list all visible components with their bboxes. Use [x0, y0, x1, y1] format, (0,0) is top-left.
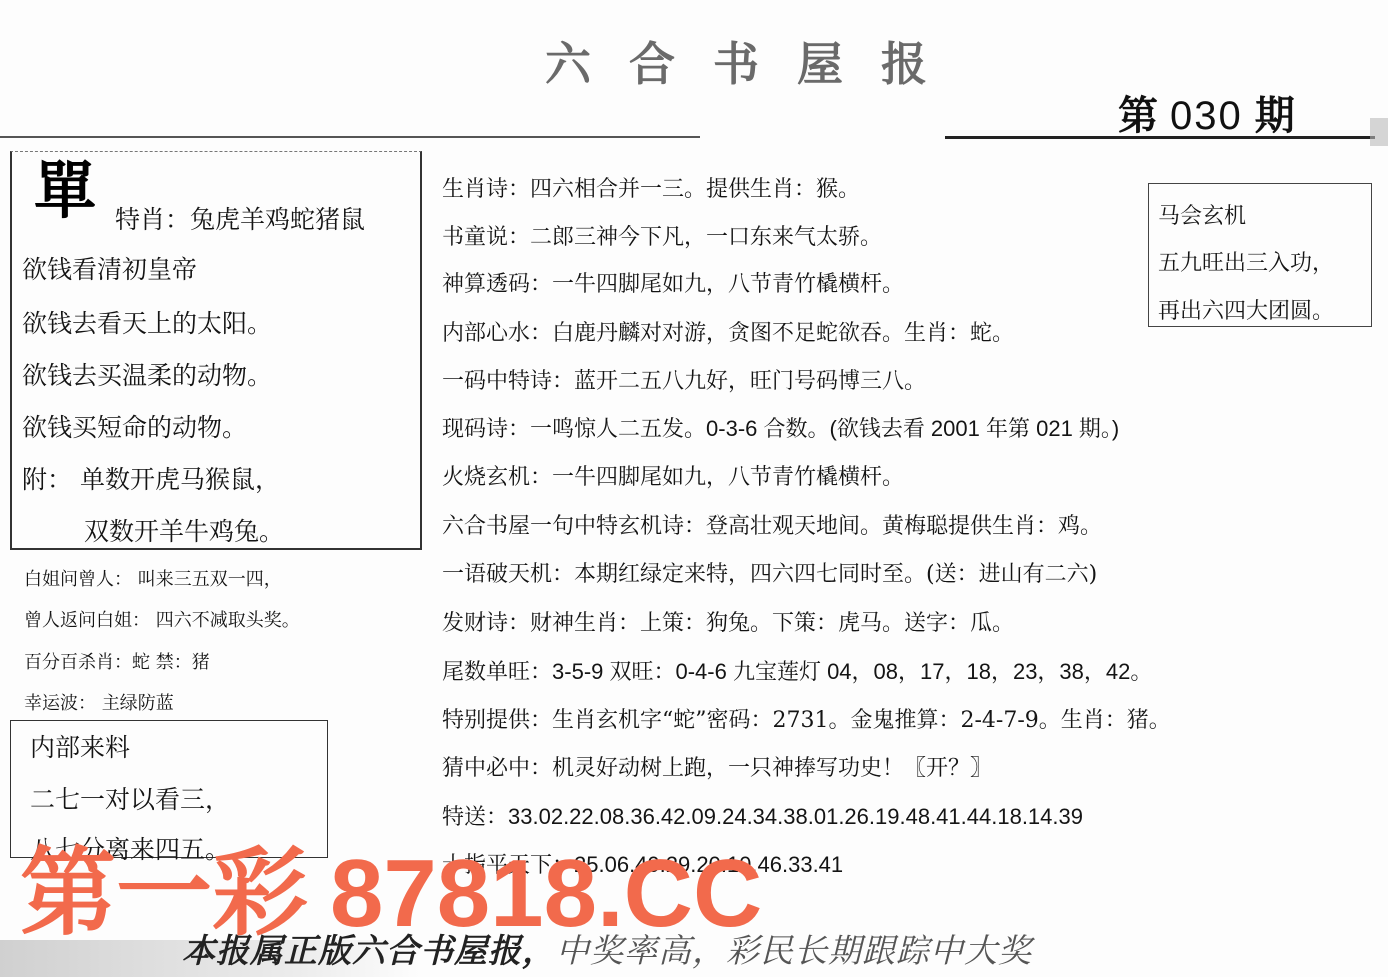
watermark-domain: 87818.CC: [330, 840, 762, 947]
line-label: 一语破天机：: [442, 562, 574, 587]
line-label: 一码中特诗：: [442, 369, 574, 394]
issue-number-value: 030: [1170, 94, 1243, 138]
special-zodiac-value: 兔虎羊鸡蛇猪鼠: [190, 205, 365, 234]
watermark-cjk: 第一彩: [20, 837, 308, 949]
line-label: 现码诗：: [442, 417, 530, 442]
issue-prefix: 第: [1118, 92, 1158, 139]
line-text: 本期红绿定来特，四六四七同时至。(送：进山有二六): [574, 562, 1097, 587]
appendix-line-odd: 附： 单数开虎马猴鼠，: [22, 460, 280, 496]
line-label: 尾数单旺：: [442, 660, 552, 685]
line-text: 3-5-9 双旺：0-4-6 九宝莲灯 04，08，17，18，23，38，42…: [552, 659, 1152, 684]
bookhouse-poem-line: 六合书屋一句中特玄机诗：登高壮观天地间。黄梅聪提供生肖：鸡。: [442, 509, 1102, 540]
fire-mystery-line: 火烧玄机：一牛四脚尾如九，八节青竹橇横杆。: [442, 460, 904, 491]
tail-number-line: 尾数单旺：3-5-9 双旺：0-4-6 九宝莲灯 04，08，17，18，23，…: [442, 655, 1152, 686]
riddle-line: 欲钱买短命的动物。: [22, 408, 247, 444]
special-zodiac-line: 特肖：兔虎羊鸡蛇猪鼠: [115, 200, 365, 236]
appendix-line-even: 双数开羊牛鸡兔。: [84, 512, 284, 548]
line-text: 二郎三神今下凡，一口东来气太骄。: [530, 225, 882, 250]
jockey-club-title: 马会玄机: [1158, 199, 1246, 230]
present-code-poem-line: 现码诗：一鸣惊人二五发。0-3-6 合数。(欲钱去看 2001 年第 021 期…: [442, 412, 1119, 443]
line-text: 白鹿丹麟对对游，贪图不足蛇欲吞。生肖：蛇。: [552, 321, 1014, 346]
line-label: 火烧玄机：: [442, 465, 552, 490]
jockey-club-line: 五九旺出三入功，: [1158, 246, 1334, 277]
fortune-poem-line: 发财诗：财神生肖：上策：狗兔。下策：虎马。送字：瓜。: [442, 606, 1014, 637]
line-text: 一鸣惊人二五发。0-3-6 合数。(欲钱去看 2001 年第 021 期。): [530, 416, 1119, 441]
masthead-title: 六合书屋报: [545, 28, 965, 94]
riddle-line: 欲钱去看天上的太阳。: [22, 304, 272, 340]
line-label: 书童说：: [442, 225, 530, 250]
issue-number: 第030期: [1118, 84, 1295, 141]
line-text: 财神生肖：上策：狗兔。下策：虎马。送字：瓜。: [530, 611, 1014, 636]
special-send-numbers: 特送：33.02.22.08.36.42.09.24.34.38.01.26.1…: [442, 800, 1083, 831]
zodiac-poem-line: 生肖诗：四六相合并一三。提供生肖：猴。: [442, 172, 860, 203]
special-offer-line: 特别提供：生肖玄机字“蛇”密码：2731。金鬼推算：2-4-7-9。生肖：猪。: [442, 703, 1171, 734]
kill-zodiac-note: 百分百杀肖：蛇 禁：猪: [24, 648, 210, 674]
note-line: 曾人返问白姐： 四六不减取头奖。: [24, 606, 300, 632]
divine-calc-line: 神算透码：一牛四脚尾如九，八节青竹橇横杆。: [442, 267, 904, 298]
one-code-poem-line: 一码中特诗：蓝开二五八九好，旺门号码博三八。: [442, 364, 926, 395]
line-text: 蓝开二五八九好，旺门号码博三八。: [574, 369, 926, 394]
line-text: 一牛四脚尾如九，八节青竹橇横杆。: [552, 465, 904, 490]
line-text: 四六相合并一三。提供生肖：猴。: [530, 177, 860, 202]
lucky-wave-note: 幸运波： 主绿防蓝: [24, 689, 174, 715]
site-watermark: 第一彩87818.CC: [20, 845, 762, 942]
line-text: 登高壮观天地间。黄梅聪提供生肖：鸡。: [706, 514, 1102, 539]
line-text: 一牛四脚尾如九，八节青竹橇横杆。: [552, 272, 904, 297]
jockey-club-line: 再出六四大团圆。: [1158, 294, 1334, 325]
line-label: 特别提供：: [442, 708, 552, 733]
note-line: 白姐问曾人： 叫来三五双一四，: [24, 565, 282, 591]
line-text: 33.02.22.08.36.42.09.24.34.38.01.26.19.4…: [508, 804, 1083, 829]
scan-speckle: [1370, 118, 1388, 146]
big-dan-character: 單: [34, 160, 96, 222]
inside-info-title: 内部来料: [30, 728, 130, 764]
one-phrase-line: 一语破天机：本期红绿定来特，四六四七同时至。(送：进山有二六): [442, 557, 1097, 588]
line-label: 发财诗：: [442, 611, 530, 636]
inside-info-line: 二七一对以看三，: [30, 780, 230, 816]
book-boy-line: 书童说：二郎三神今下凡，一口东来气太骄。: [442, 220, 882, 251]
header-rule-left: [0, 136, 700, 138]
line-text: 机灵好动树上跑，一只神捧写功史！〖开？〗: [552, 756, 992, 781]
riddle-line: 欲钱去买温柔的动物。: [22, 356, 272, 392]
issue-suffix: 期: [1255, 92, 1295, 139]
guess-line: 猜中必中：机灵好动树上跑，一只神捧写功史！〖开？〗: [442, 751, 992, 782]
special-zodiac-label: 特肖：: [115, 205, 190, 234]
header-rule-right: [945, 136, 1375, 139]
line-label: 内部心水：: [442, 321, 552, 346]
line-label: 六合书屋一句中特玄机诗：: [442, 514, 706, 539]
inside-tip-line: 内部心水：白鹿丹麟对对游，贪图不足蛇欲吞。生肖：蛇。: [442, 316, 1014, 347]
line-label: 猜中必中：: [442, 756, 552, 781]
line-label: 特送：: [442, 805, 508, 830]
line-label: 神算透码：: [442, 272, 552, 297]
line-label: 生肖诗：: [442, 177, 530, 202]
line-text: 生肖玄机字“蛇”密码：2731。金鬼推算：2-4-7-9。生肖：猪。: [552, 708, 1171, 733]
riddle-line: 欲钱看清初皇帝: [22, 250, 197, 286]
